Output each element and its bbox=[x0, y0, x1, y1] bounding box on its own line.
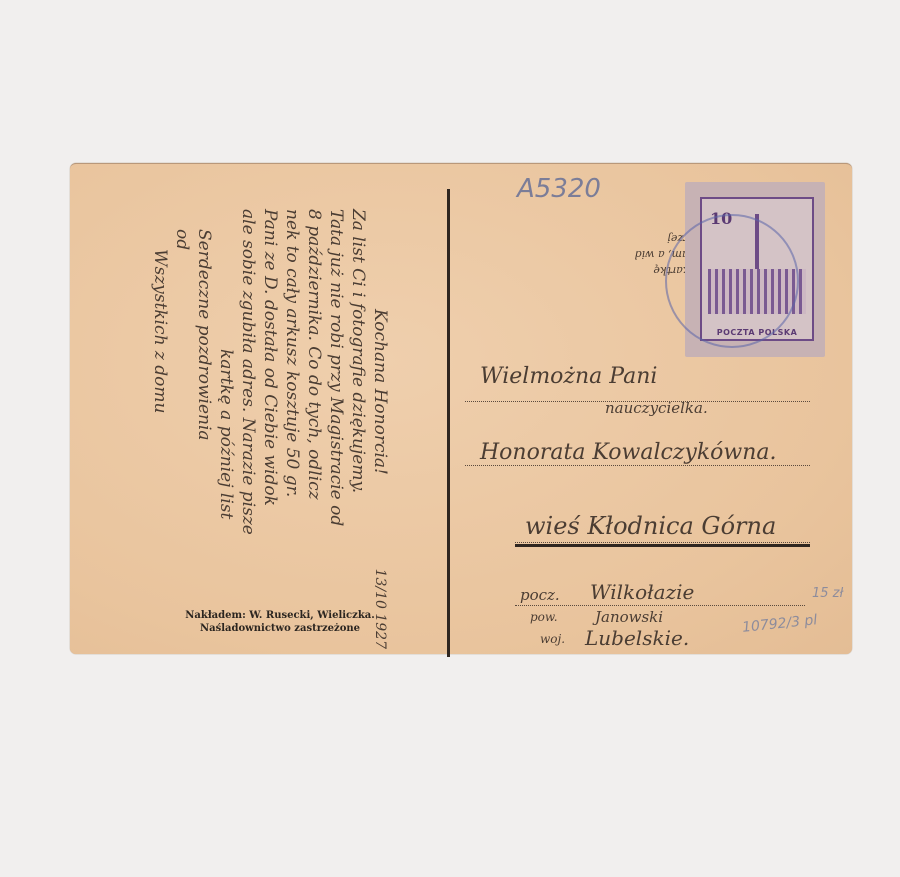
province-label: woj. bbox=[540, 632, 565, 646]
message-line: Za list Ci i fotografie dziękujemy. bbox=[347, 209, 369, 639]
address-salutation: Wielmożna Pani bbox=[480, 364, 657, 389]
pencil-price: 15 zł bbox=[812, 586, 843, 601]
county-label: pow. bbox=[530, 610, 558, 624]
publisher-notice: Naśladownictwo zastrzeżone bbox=[165, 622, 395, 635]
address-post: Wilkołazie bbox=[590, 580, 694, 604]
message-line: Tata już nie robi przy Magistracie od bbox=[325, 209, 347, 639]
message-line: Pani ze D. dostała od Ciebie widok bbox=[259, 209, 281, 639]
message-line: od bbox=[171, 209, 193, 639]
address-title: nauczycielka. bbox=[605, 399, 708, 417]
publisher-imprint: Nakładem: W. Rusecki, Wieliczka. Naślado… bbox=[165, 609, 395, 635]
handwritten-message: Kochana Honorcia! 13/10 1927 Za list Ci … bbox=[149, 209, 391, 639]
catalog-number: A5320 bbox=[517, 174, 601, 204]
message-line: Serdeczne pozdrowienia bbox=[193, 209, 215, 639]
address-line bbox=[465, 464, 810, 466]
message-line: kartkę a później list bbox=[215, 209, 237, 639]
message-area: Kochana Honorcia! 13/10 1927 Za list Ci … bbox=[50, 189, 490, 659]
message-line: ale sobie zgubiła adres. Narazie pisze bbox=[237, 209, 259, 639]
card-divider bbox=[447, 189, 450, 657]
post-label: pocz. bbox=[520, 586, 560, 604]
publisher-line: Nakładem: W. Rusecki, Wieliczka. bbox=[165, 609, 395, 622]
pencil-inventory: 10792/3 pl bbox=[741, 612, 818, 636]
message-line: Wszystkich z domu bbox=[149, 209, 171, 639]
message-line: nek to cały arkusz kosztuje 50 gr. bbox=[281, 209, 303, 639]
address-village: wieś Kłodnica Górna bbox=[525, 512, 776, 540]
address-underline bbox=[515, 544, 810, 547]
message-line: 8 października. Co do tych, odlicz bbox=[303, 209, 325, 639]
postmark-icon bbox=[665, 214, 799, 348]
address-line bbox=[515, 541, 810, 543]
address-province: Lubelskie. bbox=[585, 626, 689, 650]
address-line bbox=[515, 604, 805, 606]
address-county: Janowski bbox=[595, 608, 663, 626]
address-name: Honorata Kowalczykówna. bbox=[480, 440, 777, 465]
postcard-back: Kochana Honorcia! 13/10 1927 Za list Ci … bbox=[70, 163, 852, 654]
